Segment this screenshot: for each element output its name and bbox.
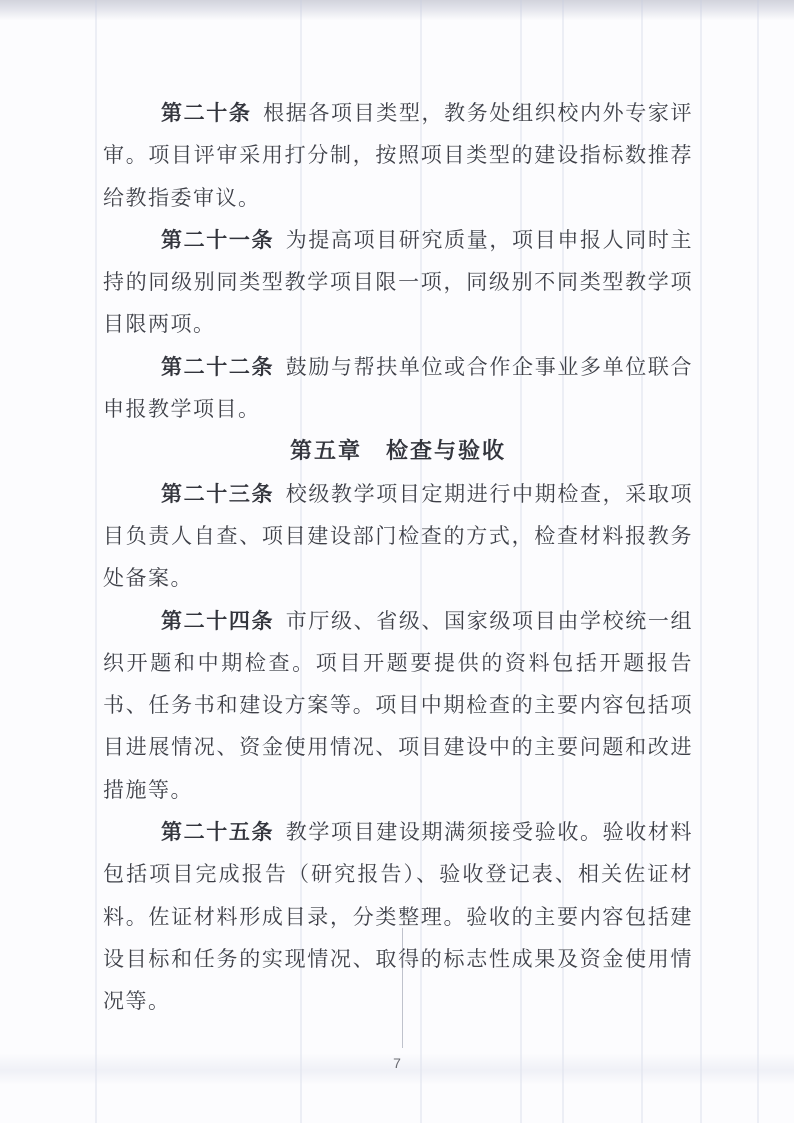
article-number: 第二十一条 (161, 228, 274, 252)
paragraph-article-24: 第二十四条市厅级、省级、国家级项目由学校统一组织开题和中期检查。项目开题要提供的… (103, 600, 693, 811)
scan-streak (700, 0, 702, 1123)
page-content: 第二十条根据各项目类型，教务处组织校内外专家评审。项目评审采用打分制，按照项目类… (103, 0, 693, 1023)
chapter-heading: 第五章 检查与验收 (103, 430, 693, 472)
article-text: 市厅级、省级、国家级项目由学校统一组织开题和中期检查。项目开题要提供的资料包括开… (103, 609, 693, 802)
article-text: 教学项目建设期满须接受验收。验收材料包括项目完成报告（研究报告）、验收登记表、相… (103, 820, 693, 1013)
scan-streak (95, 0, 97, 1123)
document-page: 第二十条根据各项目类型，教务处组织校内外专家评审。项目评审采用打分制，按照项目类… (0, 0, 794, 1123)
article-number: 第二十五条 (161, 820, 274, 844)
article-number: 第二十四条 (161, 609, 274, 633)
page-number: 7 (0, 1055, 794, 1071)
scan-streak (757, 0, 759, 1123)
paragraph-article-21: 第二十一条为提高项目研究质量，项目申报人同时主持的同级别同类型教学项目限一项，同… (103, 219, 693, 346)
paragraph-article-23: 第二十三条校级教学项目定期进行中期检查，采取项目负责人自查、项目建设部门检查的方… (103, 473, 693, 600)
paragraph-article-25: 第二十五条教学项目建设期满须接受验收。验收材料包括项目完成报告（研究报告）、验收… (103, 811, 693, 1022)
paragraph-article-22: 第二十二条鼓励与帮扶单位或合作企事业多单位联合申报教学项目。 (103, 346, 693, 431)
article-number: 第二十三条 (161, 482, 274, 506)
scan-vertical-line (402, 928, 403, 1048)
article-number: 第二十二条 (161, 355, 274, 379)
paragraph-article-20: 第二十条根据各项目类型，教务处组织校内外专家评审。项目评审采用打分制，按照项目类… (103, 92, 693, 219)
article-number: 第二十条 (161, 101, 252, 125)
